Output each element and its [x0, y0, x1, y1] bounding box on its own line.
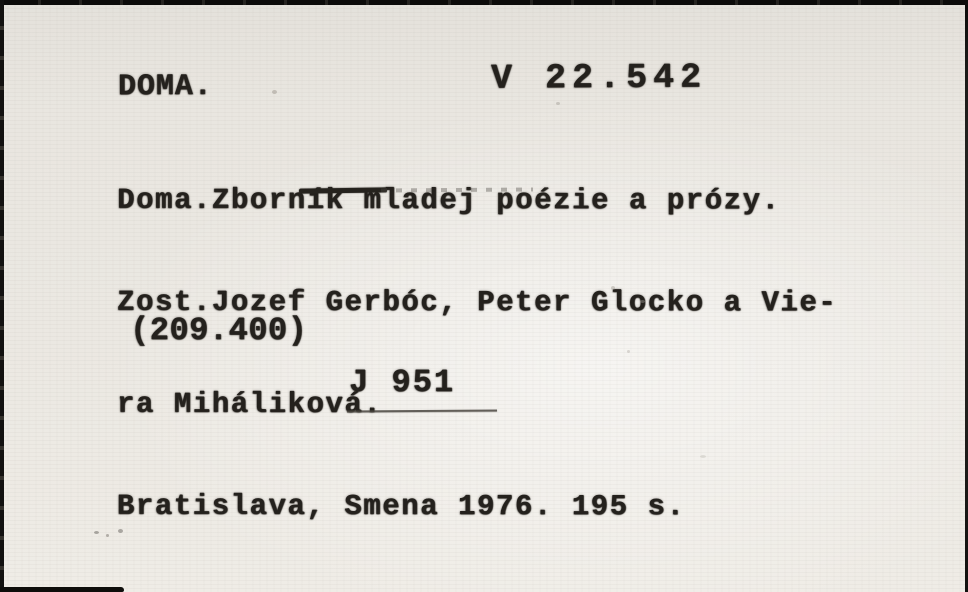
scan-speck — [106, 534, 109, 537]
entry-line-imprint: Bratislava, Smena 1976. 195 s. — [117, 490, 837, 525]
card-heading: DOMA. — [118, 70, 213, 104]
shelf-mark: J 951 — [349, 364, 455, 401]
scan-speck — [272, 90, 277, 94]
scan-speck — [94, 531, 99, 534]
scan-speck — [556, 102, 560, 105]
scan-edge-left — [0, 0, 4, 592]
catalog-card-scan: DOMA. V 22.542 Doma.Zborník mladej poézi… — [0, 0, 968, 592]
call-number: V 22.542 — [491, 57, 707, 98]
entry-line-editors-2: ra Miháliková. — [117, 388, 837, 423]
scan-edge-top — [0, 0, 968, 5]
accession-number: (209.400) — [130, 312, 307, 349]
scan-edge-bottom — [0, 587, 124, 592]
